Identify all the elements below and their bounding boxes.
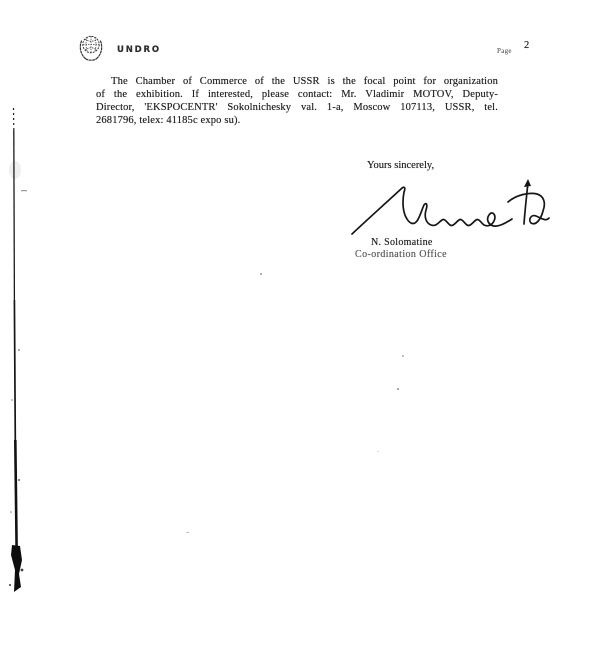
scan-artifact-line — [0, 100, 34, 600]
fax-speck — [397, 388, 399, 390]
paragraph-line: Director, 'EKSPOCENTR' Sokolnichesky val… — [96, 101, 498, 114]
fax-speck — [260, 273, 262, 275]
paragraph-line: of the exhibition. If interested, please… — [96, 88, 498, 101]
fax-speck — [402, 355, 404, 357]
scanned-letter-page: UNDRO Page 2 The Chamber of Commerce of … — [0, 0, 600, 650]
un-emblem-icon — [76, 32, 106, 64]
paragraph-line: 2681796, telex: 41185c expo su). — [96, 114, 498, 127]
signatory-title: Co-ordination Office — [355, 249, 447, 260]
paragraph-line: The Chamber of Commerce of the USSR is t… — [96, 75, 498, 88]
org-name: UNDRO — [117, 45, 161, 55]
signatory-name: N. Solomatine — [371, 237, 433, 248]
closing-salutation: Yours sincerely, — [367, 160, 434, 171]
page-number: 2 — [524, 40, 529, 51]
fax-speck — [186, 532, 189, 533]
fax-speck — [377, 451, 379, 452]
page-label: Page — [497, 47, 512, 55]
letter-paragraph: The Chamber of Commerce of the USSR is t… — [96, 75, 498, 127]
handwritten-signature — [338, 177, 552, 239]
